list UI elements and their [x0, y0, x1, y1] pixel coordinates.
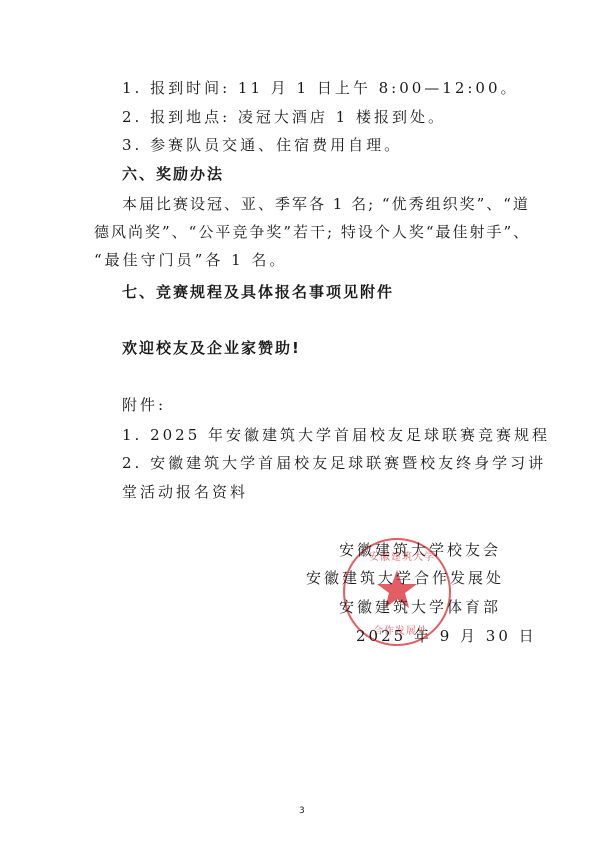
- registration-time: 1. 报到时间: 11 月 1 日上午 8:00—12:00。: [122, 78, 519, 98]
- sponsorship-welcome: 欢迎校友及企业家赞助!: [122, 338, 301, 358]
- awards-paragraph-line-1: 本届比赛设冠、亚、季军各 1 名; “优秀组织奖”、“道: [122, 194, 518, 214]
- page-number: 3: [299, 806, 305, 816]
- awards-paragraph-line-3: “最佳守门员”各 1 名。: [94, 250, 287, 270]
- attachment-2-line-2: 堂活动报名资料: [122, 482, 248, 502]
- section-6-heading: 六、奖励办法: [122, 164, 224, 184]
- attachment-2-line-1: 2. 安徽建筑大学首届校友足球联赛暨校友终身学习讲: [122, 453, 546, 473]
- document-date: 2025 年 9 月 30 日: [356, 626, 537, 646]
- registration-location: 2. 报到地点: 凌冠大酒店 1 楼报到处。: [122, 107, 446, 127]
- attachment-1: 1. 2025 年安徽建筑大学首届校友足球联赛竞赛规程: [122, 425, 550, 445]
- signature-sports-department: 安徽建筑大学体育部: [339, 597, 501, 617]
- signature-alumni-association: 安徽建筑大学校友会: [339, 540, 501, 560]
- signature-cooperation-office: 安徽建筑大学合作发展处: [306, 568, 504, 588]
- travel-expenses-note: 3. 参赛队员交通、住宿费用自理。: [122, 135, 402, 155]
- awards-paragraph-line-2: 德风尚奖”、“公平竞争奖”若干; 特设个人奖“最佳射手”、: [94, 222, 518, 242]
- attachments-label: 附件:: [122, 395, 166, 415]
- section-7-heading: 七、竞赛规程及具体报名事项见附件: [122, 282, 394, 302]
